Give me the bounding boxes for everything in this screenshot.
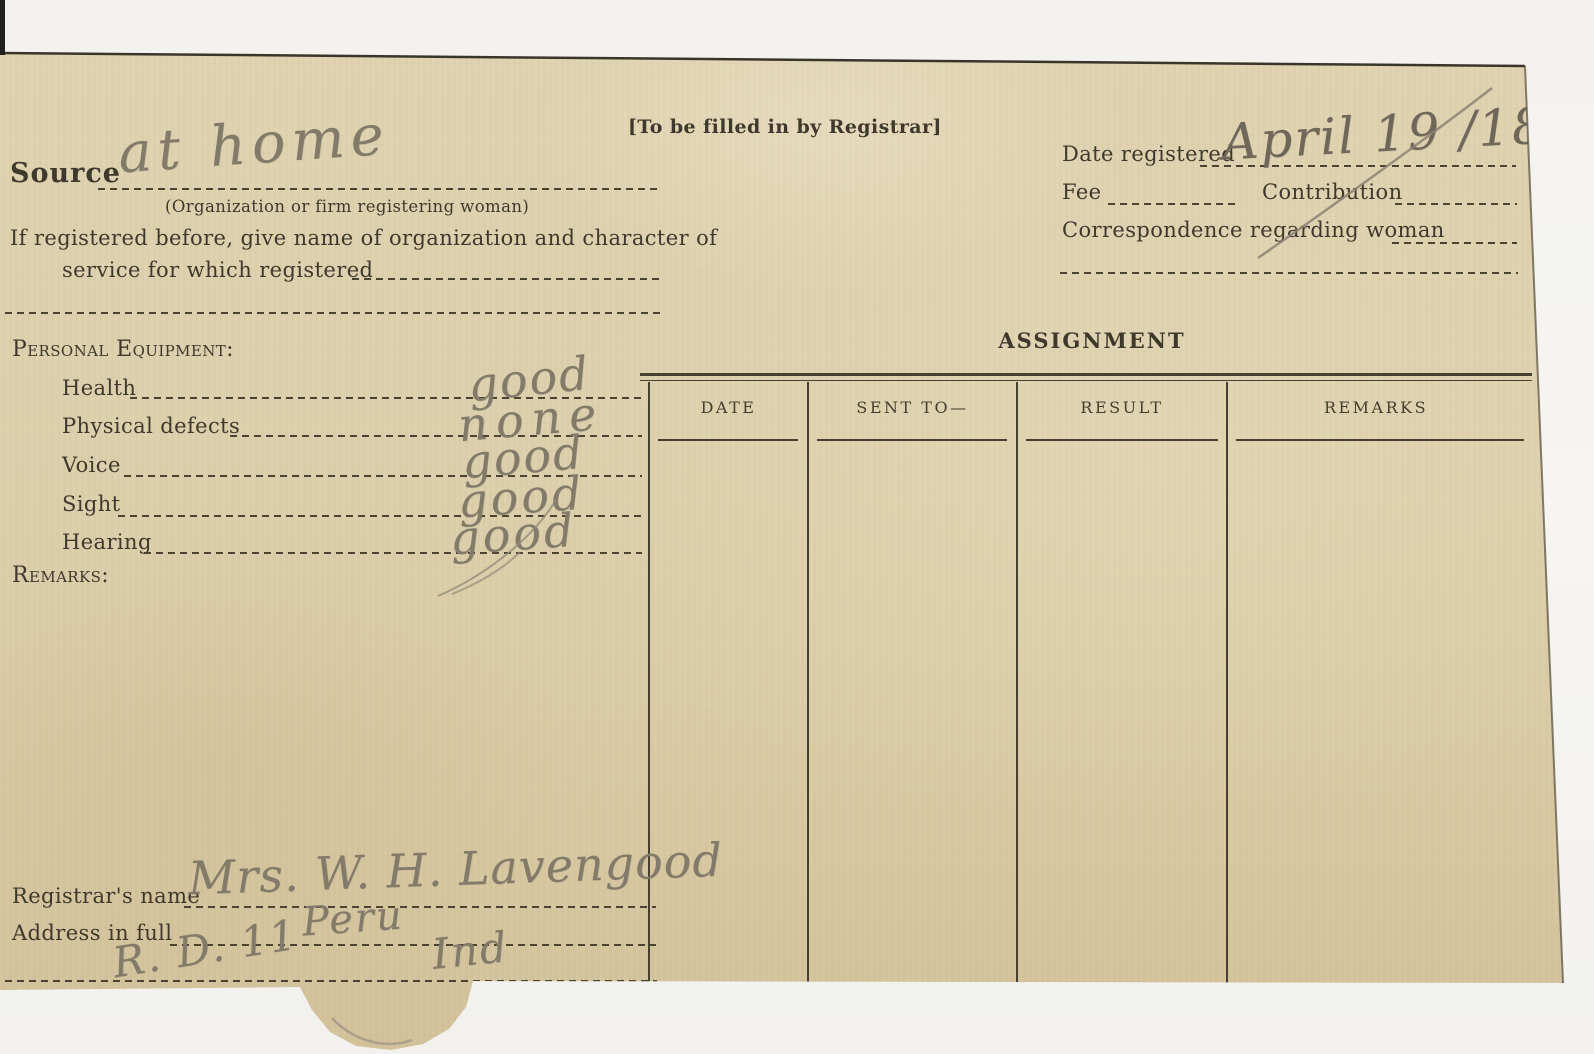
registrar-name-label: Registrar's name [12, 884, 200, 908]
registrar-name-handwritten-value: Mrs. W. H. Lavengood [187, 833, 723, 906]
assignment-col-header-result: RESULT [1018, 398, 1226, 417]
field-label-voice: Voice [62, 453, 121, 477]
assignment-col-line-1 [807, 382, 809, 984]
assignment-table-top-rule-thin [640, 380, 1532, 381]
source-label: Source [10, 158, 121, 189]
scanned-registration-card: [To be filled in by Registrar] Source at… [0, 0, 1594, 1054]
source-handwritten-value: at home [116, 103, 392, 187]
field-value-hearing: good [448, 503, 578, 566]
registered-before-fill-line2 [5, 312, 665, 314]
fee-label: Fee [1062, 180, 1101, 204]
contribution-fill-line [1395, 203, 1517, 205]
contribution-label: Contribution [1262, 180, 1403, 204]
registrar-note: [To be filled in by Registrar] [628, 116, 908, 138]
address-fill-line2 [5, 980, 657, 982]
registered-before-line2: service for which registered [62, 258, 373, 282]
address-handwritten-line1: Peru [301, 893, 406, 946]
field-label-sight: Sight [62, 492, 121, 516]
correspondence-label: Correspondence regarding woman [1062, 218, 1445, 242]
assignment-table-top-rule-thick [640, 373, 1532, 376]
field-label-physical-defects: Physical defects [62, 414, 240, 438]
assignment-col-header-date: DATE [650, 398, 807, 417]
correspondence-fill-line2 [1060, 272, 1518, 274]
assignment-header-underline-sent-to [817, 439, 1007, 441]
registered-before-line1: If registered before, give name of organ… [10, 226, 717, 250]
date-registered-handwritten-value: April 19 /18 [1221, 97, 1547, 172]
address-handwritten-line2-right: Ind [430, 922, 511, 979]
scan-corner-mark [0, 0, 5, 55]
assignment-col-line-2 [1016, 382, 1018, 984]
source-caption: (Organization or firm registering woman) [165, 197, 529, 216]
assignment-header-underline-date [658, 439, 798, 441]
personal-equipment-title: Personal Equipment: [12, 337, 234, 362]
registrar-name-fill-line [184, 906, 656, 908]
assignment-title: ASSIGNMENT [962, 328, 1222, 353]
field-label-health: Health [62, 376, 136, 400]
remarks-title: Remarks: [12, 563, 109, 588]
source-fill-line [98, 188, 660, 190]
date-registered-label: Date registered [1062, 142, 1235, 166]
field-label-hearing: Hearing [62, 530, 152, 554]
assignment-col-line-left [648, 382, 650, 984]
assignment-col-line-3 [1226, 382, 1228, 984]
correspondence-fill-line [1392, 242, 1517, 244]
assignment-header-underline-remarks [1236, 439, 1524, 441]
registered-before-fill-line [352, 278, 662, 280]
assignment-col-header-remarks: REMARKS [1228, 398, 1524, 417]
assignment-header-underline-result [1026, 439, 1218, 441]
fee-fill-line [1108, 203, 1238, 205]
card-paper: [To be filled in by Registrar] Source at… [0, 0, 1594, 1054]
assignment-col-header-sent-to: SENT TO— [809, 398, 1016, 417]
